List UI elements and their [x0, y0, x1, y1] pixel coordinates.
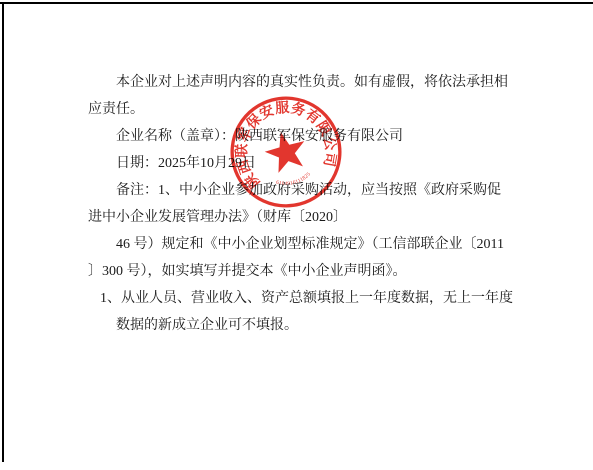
remark-line-2: 进中小企业发展管理办法》（财库〔2020〕 [88, 204, 538, 231]
page-top-border [0, 2, 593, 4]
company-name-line: 企业名称（盖章）：陕西联军保安服务有限公司 [88, 123, 538, 150]
statement-line-1: 本企业对上述声明内容的真实性负责。如有虚假，将依法承担相 [88, 69, 538, 96]
page-left-border [2, 2, 4, 462]
date-line: 日期：2025年10月29日 [88, 150, 538, 177]
remark-line-3: 46 号）规定和《中小企业划型标准规定》（工信部联企业〔2011 [88, 231, 538, 258]
declaration-document-page: 本企业对上述声明内容的真实性负责。如有虚假，将依法承担相 应责任。 企业名称（盖… [0, 0, 593, 470]
remark-line-1: 备注：1、中小企业参加政府采购活动，应当按照《政府采购促 [88, 177, 538, 204]
note-line-1: 1、从业人员、营业收入、资产总额填报上一年度数据，无上一年度 [88, 285, 538, 312]
document-body: 本企业对上述声明内容的真实性负责。如有虚假，将依法承担相 应责任。 企业名称（盖… [88, 69, 538, 339]
remark-line-4: 〕300 号），如实填写并提交本《中小企业声明函》。 [88, 258, 538, 285]
statement-line-2: 应责任。 [88, 96, 538, 123]
note-line-2: 数据的新成立企业可不填报。 [88, 312, 538, 339]
